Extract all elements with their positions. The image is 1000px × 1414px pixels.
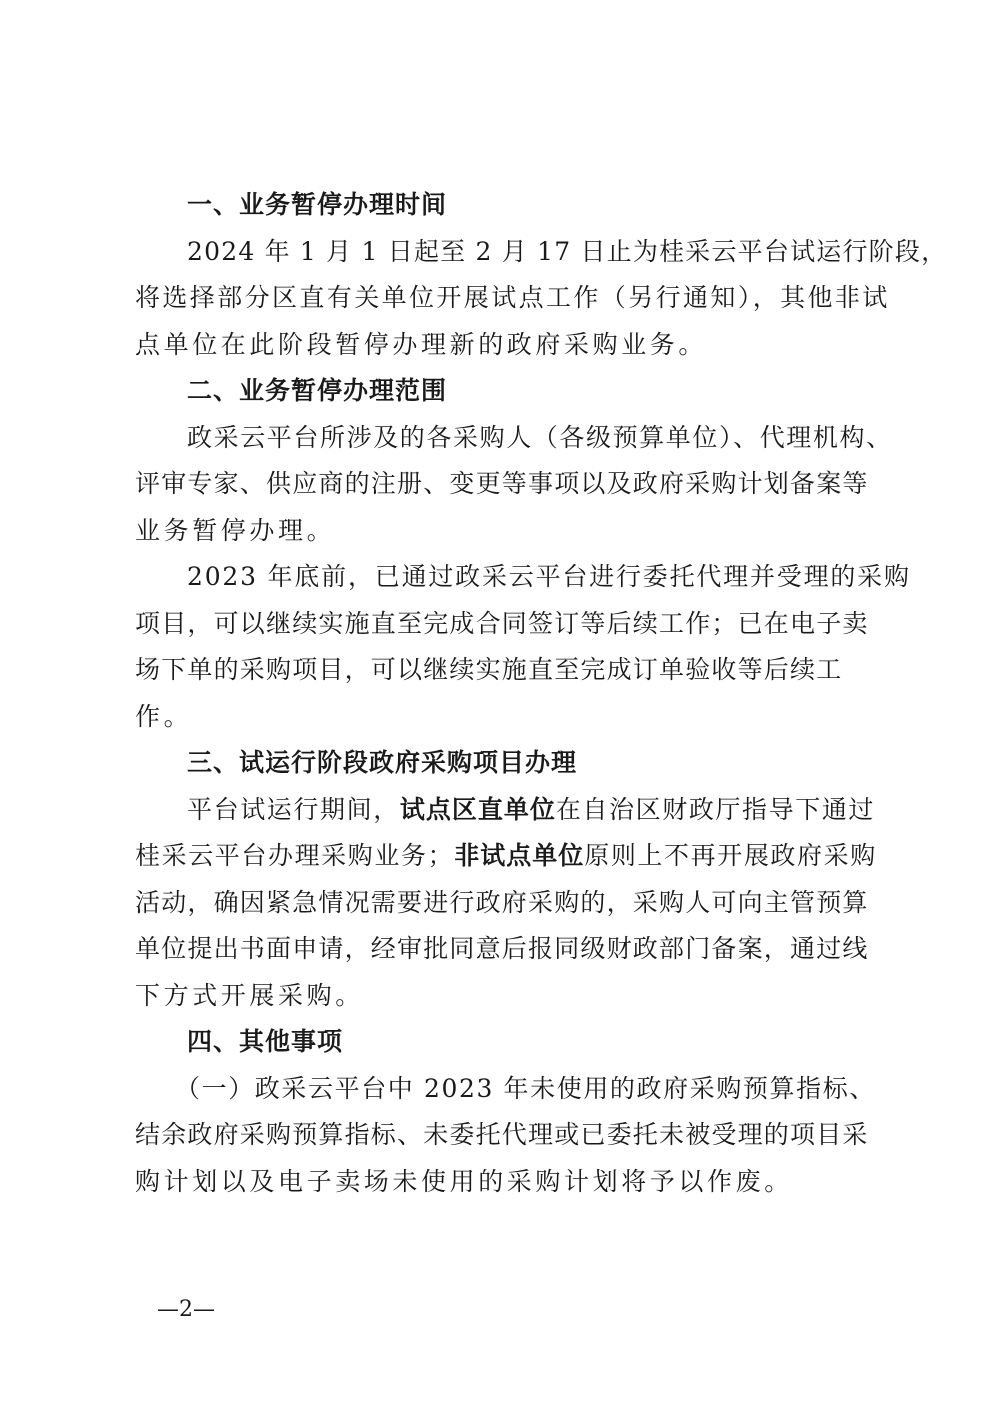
paragraph-line: 评审专家、供应商的注册、变更等事项以及政府采购计划备案等 [135,461,880,508]
paragraph-line: 结余政府采购预算指标、未委托代理或已委托未被受理的项目采 [135,1112,880,1159]
paragraph-line: 业务暂停办理。 [135,508,880,555]
emphasis-pilot-units: 试点区直单位 [400,795,556,824]
paragraph-line: 购计划以及电子卖场未使用的采购计划将予以作废。 [135,1159,880,1206]
section-heading-2: 二、业务暂停办理范围 [135,368,880,415]
section-heading-4: 四、其他事项 [135,1019,880,1066]
paragraph-line: 活动，确因紧急情况需要进行政府采购的，采购人可向主管预算 [135,880,880,927]
paragraph-line: 作。 [135,694,880,741]
paragraph-line: 2023 年底前，已通过政采云平台进行委托代理并受理的采购 [135,554,880,601]
paragraph-line: 桂采云平台办理采购业务；非试点单位原则上不再开展政府采购 [135,833,880,880]
paragraph-line: 点单位在此阶段暂停办理新的政府采购业务。 [135,322,880,369]
document-page: 一、业务暂停办理时间 2024 年 1 月 1 日起至 2 月 17 日止为桂采… [0,0,1000,1414]
page-number: —2— [157,1297,215,1322]
paragraph-line: 平台试运行期间，试点区直单位在自治区财政厅指导下通过 [135,787,880,834]
text-run: 原则上不再开展政府采购 [584,841,877,870]
paragraph-line: 将选择部分区直有关单位开展试点工作（另行通知），其他非试 [135,275,880,322]
text-run: 平台试运行期间， [187,795,400,824]
text-run: 在自治区财政厅指导下通过 [556,795,875,824]
document-body: 一、业务暂停办理时间 2024 年 1 月 1 日起至 2 月 17 日止为桂采… [135,182,880,1205]
paragraph-line: 政采云平台所涉及的各采购人（各级预算单位）、代理机构、 [135,415,880,462]
paragraph-line: 2024 年 1 月 1 日起至 2 月 17 日止为桂采云平台试运行阶段， [135,229,880,276]
section-heading-1: 一、业务暂停办理时间 [135,182,880,229]
paragraph-line: 场下单的采购项目，可以继续实施直至完成订单验收等后续工 [135,647,880,694]
text-run: 桂采云平台办理采购业务； [135,841,454,870]
paragraph-line: 下方式开展采购。 [135,973,880,1020]
paragraph-line: 项目，可以继续实施直至完成合同签订等后续工作；已在电子卖 [135,601,880,648]
paragraph-line: （一）政采云平台中 2023 年未使用的政府采购预算指标、 [135,1066,880,1113]
section-heading-3: 三、试运行阶段政府采购项目办理 [135,740,880,787]
paragraph-line: 单位提出书面申请，经审批同意后报同级财政部门备案，通过线 [135,926,880,973]
emphasis-non-pilot-units: 非试点单位 [454,841,584,870]
